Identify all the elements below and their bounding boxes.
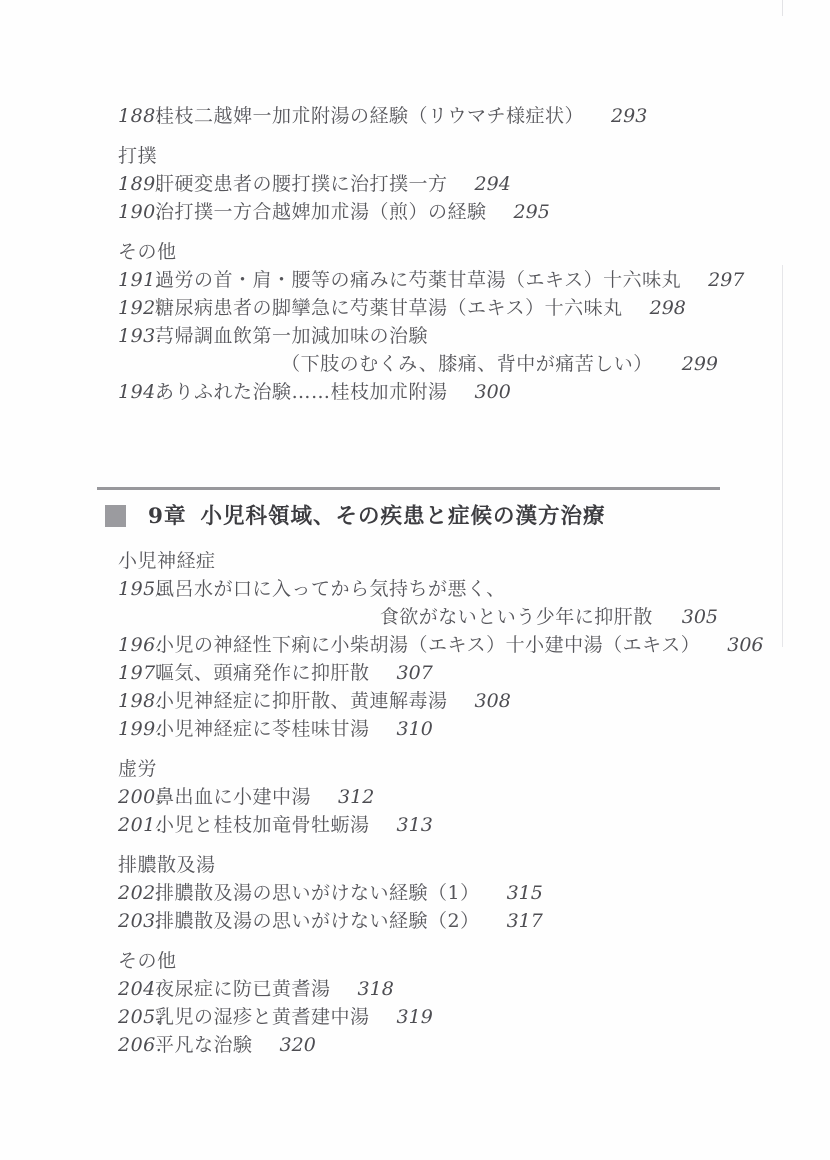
entry-page-number: 293 [611,105,647,127]
entry-page-number: 319 [397,1006,433,1028]
entry-title: 小児の神経性下痢に小柴胡湯（エキス）十小建中湯（エキス） [155,634,700,656]
entry-page-number: 305 [682,606,718,628]
entry-page-number: 300 [475,381,511,403]
entry-page-number: 310 [397,718,433,740]
entry-title: 平凡な治験 [155,1034,253,1056]
entry-number: 195. [118,575,155,603]
scanned-toc-page: 188.桂枝二越婢一加朮附湯の経験（リウマチ様症状）293 打撲 189.肝硬変… [0,0,830,1160]
entry-page-number: 294 [475,173,511,195]
entry-page-number: 298 [650,297,686,319]
entry-page-number: 307 [397,662,433,684]
entry-title: 排膿散及湯の思いがけない経験（2） [155,910,480,932]
toc-entry: 201.小児と桂枝加竜骨牡蛎湯313 [118,811,718,839]
entry-title: 糖尿病患者の脚攣急に芍薬甘草湯（エキス）十六味丸 [155,297,623,319]
section-header: 虚労 [118,755,718,783]
toc-entry: 204.夜尿症に防已黄耆湯318 [118,975,718,1003]
section-header: 打撲 [118,142,718,170]
entry-page-number: 320 [280,1034,316,1056]
toc-entry: 203.排膿散及湯の思いがけない経験（2）317 [118,907,718,935]
entry-number: 193. [118,322,155,350]
entry-title: 嘔気、頭痛発作に抑肝散 [155,662,370,684]
entry-title: 夜尿症に防已黄耆湯 [155,978,331,1000]
entry-number: 203. [118,907,155,935]
toc-entry: 202.排膿散及湯の思いがけない経験（1）315 [118,879,718,907]
entry-number: 206. [118,1031,155,1059]
toc-entry: 196.小児の神経性下痢に小柴胡湯（エキス）十小建中湯（エキス）306 [118,631,718,659]
toc-entry: 194.ありふれた治験……桂枝加朮附湯300 [118,378,718,406]
toc-entry: 199.小児神経症に苓桂味甘湯310 [118,715,718,743]
scan-artifact-line-right [782,265,783,647]
entry-title: 風呂水が口に入ってから気持ちが悪く、 [155,578,506,600]
entry-number: 205. [118,1003,155,1031]
entry-page-number: 313 [397,814,433,836]
toc-entry: 189.肝硬変患者の腰打撲に治打撲一方294 [118,170,718,198]
entry-page-number: 318 [358,978,394,1000]
entry-page-number: 308 [475,690,511,712]
section-header: 排膿散及湯 [118,851,718,879]
entry-title: 小児神経症に抑肝散、黄連解毒湯 [155,690,448,712]
scan-artifact-line-top [782,0,783,16]
section-header: 小児神経症 [118,547,718,575]
entry-title: 芎帰調血飲第一加減加味の治験 [155,325,428,347]
chapter-title: 小児科領域、その疾患と症候の漢方治療 [200,504,605,529]
toc-entry: 188.桂枝二越婢一加朮附湯の経験（リウマチ様症状）293 [118,102,718,130]
section-header: その他 [118,238,718,266]
toc-entry: 190.治打撲一方合越婢加朮湯（煎）の経験295 [118,198,718,226]
entry-title: 桂枝二越婢一加朮附湯の経験（リウマチ様症状） [155,105,584,127]
entry-number: 199. [118,715,155,743]
entry-page-number: 317 [507,910,543,932]
entry-page-number: 295 [514,201,550,223]
entry-title: 乳児の湿疹と黄耆建中湯 [155,1006,370,1028]
chapter-heading: 9章小児科領域、その疾患と症候の漢方治療 [97,487,720,530]
entry-number: 202. [118,879,155,907]
entry-number: 189. [118,170,155,198]
chapter-marker-square-icon [105,505,126,527]
entry-number: 201. [118,811,155,839]
entry-number: 188. [118,102,155,130]
entry-title: 過労の首・肩・腰等の痛みに芍薬甘草湯（エキス）十六味丸 [155,269,681,291]
toc-entry: 206.平凡な治験320 [118,1031,718,1059]
toc-entry: 195.風呂水が口に入ってから気持ちが悪く、 [118,575,718,603]
entry-page-number: 312 [338,786,374,808]
toc-entry: 200.鼻出血に小建中湯312 [118,783,718,811]
toc-content: 188.桂枝二越婢一加朮附湯の経験（リウマチ様症状）293 打撲 189.肝硬変… [118,102,718,1059]
entry-title-continuation: （下肢のむくみ、膝痛、背中が痛苦しい） [281,353,653,375]
toc-entry: 193.芎帰調血飲第一加減加味の治験 [118,322,718,350]
entry-page-number: 306 [727,634,763,656]
entry-title: ありふれた治験……桂枝加朮附湯 [155,381,448,403]
entry-number: 191. [118,266,155,294]
entry-page-number: 297 [708,269,744,291]
entry-number: 190. [118,198,155,226]
entry-number: 198. [118,687,155,715]
toc-entry: 197.嘔気、頭痛発作に抑肝散307 [118,659,718,687]
entry-number: 197. [118,659,155,687]
toc-entry-continuation: 食欲がないという少年に抑肝散305 [118,603,718,631]
entry-number: 196. [118,631,155,659]
entry-number: 194. [118,378,155,406]
toc-entry-continuation: （下肢のむくみ、膝痛、背中が痛苦しい）299 [118,350,718,378]
entry-title: 治打撲一方合越婢加朮湯（煎）の経験 [155,201,487,223]
entry-title: 小児神経症に苓桂味甘湯 [155,718,370,740]
entry-page-number: 299 [682,353,718,375]
entry-title: 鼻出血に小建中湯 [155,786,311,808]
toc-entry: 191.過労の首・肩・腰等の痛みに芍薬甘草湯（エキス）十六味丸297 [118,266,718,294]
entry-number: 200. [118,783,155,811]
entry-page-number: 315 [507,882,543,904]
toc-entry: 198.小児神経症に抑肝散、黄連解毒湯308 [118,687,718,715]
entry-title: 排膿散及湯の思いがけない経験（1） [155,882,480,904]
entry-number: 204. [118,975,155,1003]
entry-title: 肝硬変患者の腰打撲に治打撲一方 [155,173,448,195]
toc-entry: 192.糖尿病患者の脚攣急に芍薬甘草湯（エキス）十六味丸298 [118,294,718,322]
entry-number: 192. [118,294,155,322]
chapter-number: 9章 [148,504,186,529]
entry-title: 小児と桂枝加竜骨牡蛎湯 [155,814,370,836]
section-header: その他 [118,947,718,975]
toc-entry: 205.乳児の湿疹と黄耆建中湯319 [118,1003,718,1031]
entry-title-continuation: 食欲がないという少年に抑肝散 [380,606,653,628]
